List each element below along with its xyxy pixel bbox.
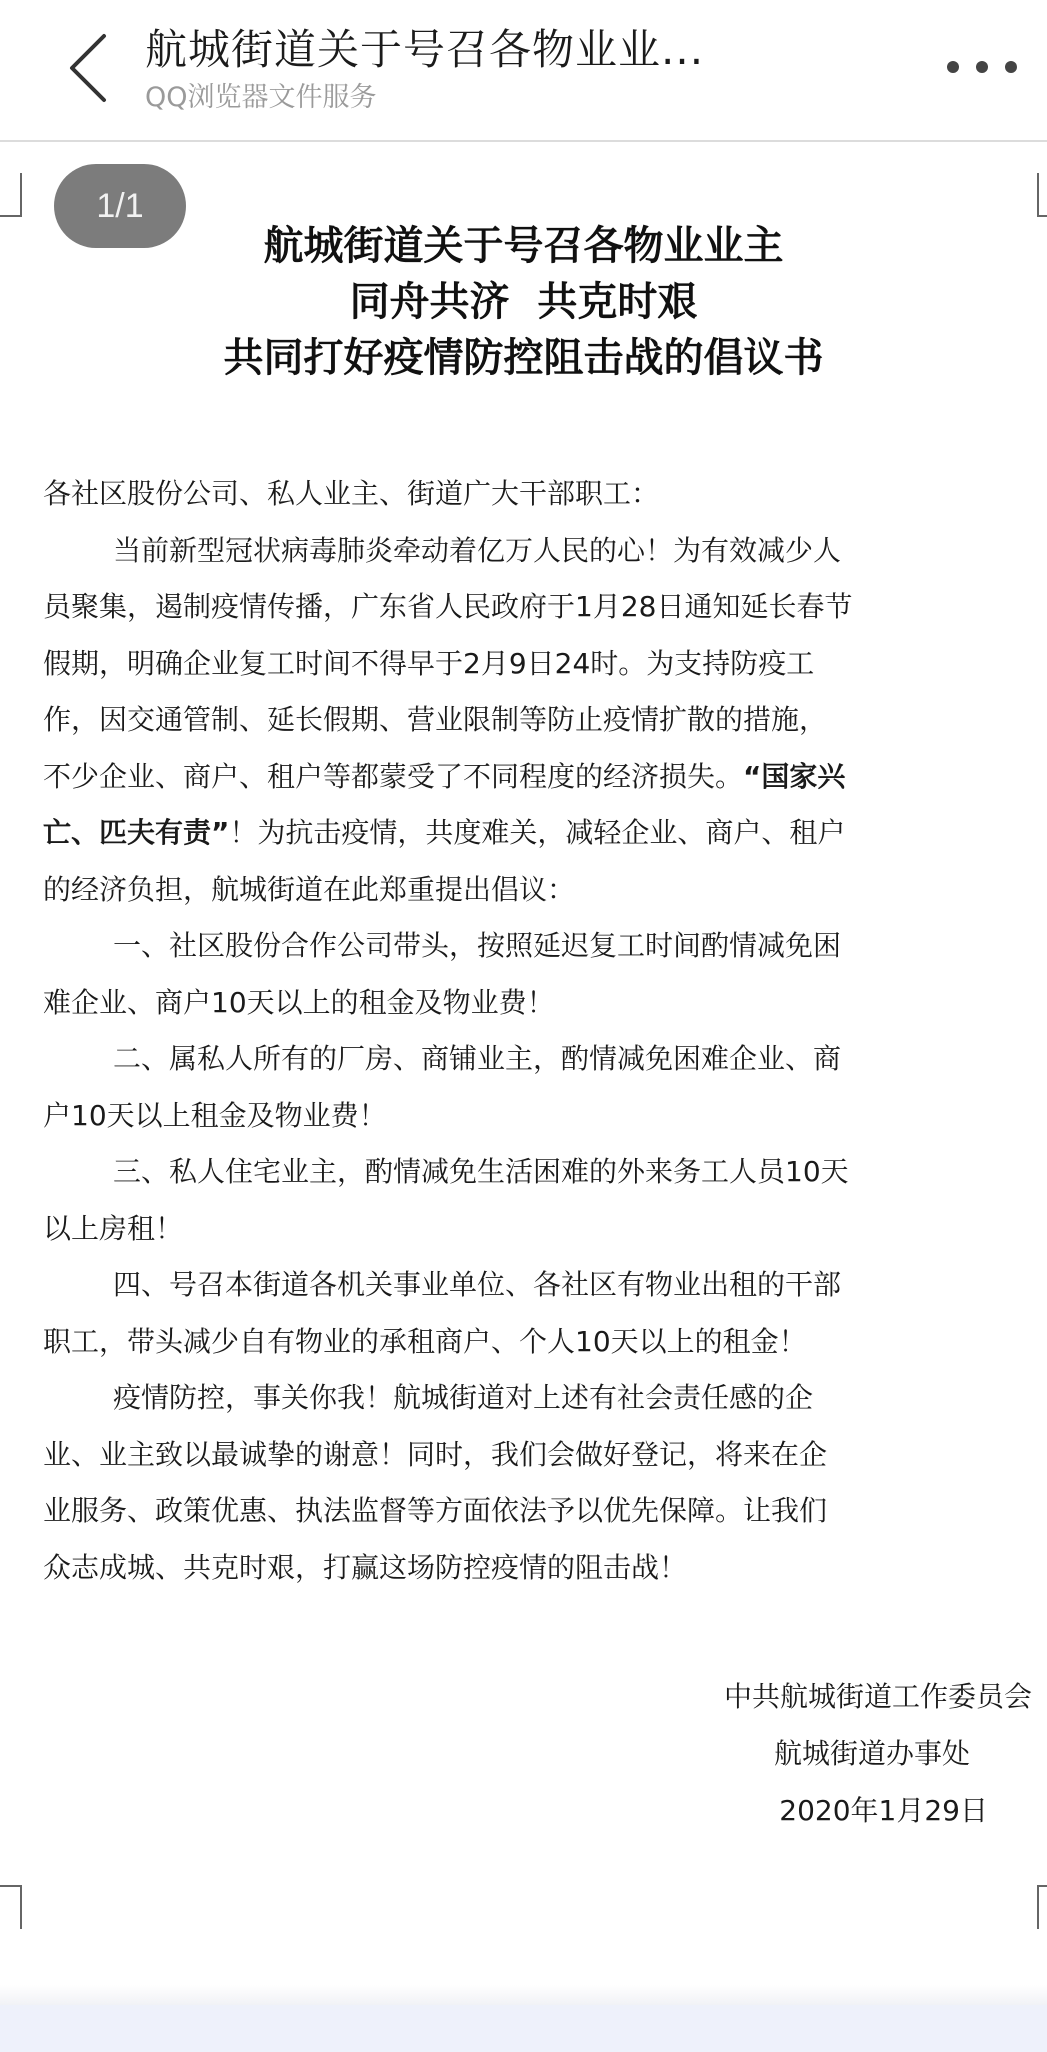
body-line: 亡、匹夫有责”！为抗击疫情，共度难关，减轻企业、商户、租户 bbox=[43, 805, 1033, 862]
emphasis-quote: “国家兴 bbox=[743, 760, 845, 793]
heading-line: 共同打好疫情防控阻击战的倡议书 bbox=[0, 330, 1047, 386]
more-dots-icon bbox=[1005, 61, 1017, 73]
title-block: 航城街道关于号召各物业业... QQ浏览器文件服务 bbox=[145, 22, 905, 116]
body-line: 员聚集，遏制疫情传播，广东省人民政府于1月28日通知延长春节 bbox=[43, 579, 1033, 636]
heading-line: 航城街道关于号召各物业业主 bbox=[0, 218, 1047, 274]
heading-line: 同舟共济 共克时艰 bbox=[0, 274, 1047, 330]
body-line: 假期，明确企业复工时间不得早于2月9日24时。为支持防疫工 bbox=[43, 636, 1033, 693]
body-line: 作，因交通管制、延长假期、营业限制等防止疫情扩散的措施， bbox=[43, 692, 1033, 749]
page-corner-mark bbox=[0, 1885, 22, 1929]
more-dots-icon bbox=[947, 61, 959, 73]
body-line: 以上房租！ bbox=[43, 1201, 1033, 1258]
more-options-button[interactable] bbox=[947, 52, 1017, 82]
body-line: 当前新型冠状病毒肺炎牵动着亿万人民的心！为有效减少人 bbox=[43, 523, 1033, 580]
body-text-span: ！为抗击疫情，共度难关，减轻企业、商户、租户 bbox=[229, 816, 845, 849]
signature-date: 2020年1月29日 bbox=[612, 1782, 1032, 1839]
body-line: 的经济负担，航城街道在此郑重提出倡议： bbox=[43, 862, 1033, 919]
chevron-left-icon bbox=[60, 28, 120, 108]
body-line: 业、业主致以最诚挚的谢意！同时，我们会做好登记，将来在企 bbox=[43, 1427, 1033, 1484]
proposal-item-2: 二、属私人所有的厂房、商铺业主，酌情减免困难企业、商 bbox=[43, 1031, 1033, 1088]
page-corner-mark bbox=[0, 173, 22, 217]
salutation: 各社区股份公司、私人业主、街道广大干部职工： bbox=[43, 466, 1033, 523]
closing-paragraph: 疫情防控，事关你我！航城街道对上述有社会责任感的企 bbox=[43, 1370, 1033, 1427]
more-dots-icon bbox=[976, 61, 988, 73]
body-line: 不少企业、商户、租户等都蒙受了不同程度的经济损失。“国家兴 bbox=[43, 749, 1033, 806]
body-line: 难企业、商户10天以上的租金及物业费！ bbox=[43, 975, 1033, 1032]
proposal-item-3: 三、私人住宅业主，酌情减免生活困难的外来务工人员10天 bbox=[43, 1144, 1033, 1201]
signature-org-office: 航城街道办事处 bbox=[612, 1725, 1032, 1782]
top-bar: 航城街道关于号召各物业业... QQ浏览器文件服务 bbox=[0, 0, 1047, 142]
page-corner-mark bbox=[1037, 1885, 1047, 1929]
signature-block: 中共航城街道工作委员会 航城街道办事处 2020年1月29日 bbox=[612, 1668, 1032, 1839]
back-button[interactable] bbox=[60, 28, 120, 108]
bottom-toolbar bbox=[0, 2005, 1047, 2052]
proposal-item-1: 一、社区股份合作公司带头，按照延迟复工时间酌情减免困 bbox=[43, 918, 1033, 975]
document-title: 航城街道关于号召各物业业... bbox=[145, 22, 905, 78]
body-text-span: 不少企业、商户、租户等都蒙受了不同程度的经济损失。 bbox=[43, 760, 743, 793]
signature-org-committee: 中共航城街道工作委员会 bbox=[612, 1668, 1032, 1725]
page-corner-mark bbox=[1037, 173, 1047, 217]
body-line: 众志成城、共克时艰，打赢这场防控疫情的阻击战！ bbox=[43, 1540, 1033, 1597]
body-line: 业服务、政策优惠、执法监督等方面依法予以优先保障。让我们 bbox=[43, 1483, 1033, 1540]
source-label: QQ浏览器文件服务 bbox=[145, 80, 905, 116]
proposal-item-4: 四、号召本街道各机关事业单位、各社区有物业出租的干部 bbox=[43, 1257, 1033, 1314]
body-line: 户10天以上租金及物业费！ bbox=[43, 1088, 1033, 1145]
emphasis-quote: 亡、匹夫有责” bbox=[43, 816, 229, 849]
body-line: 职工，带头减少自有物业的承租商户、个人10天以上的租金！ bbox=[43, 1314, 1033, 1371]
bottom-shadow bbox=[0, 1985, 1047, 2005]
document-body: 各社区股份公司、私人业主、街道广大干部职工： 当前新型冠状病毒肺炎牵动着亿万人民… bbox=[43, 466, 1033, 1596]
document-heading: 航城街道关于号召各物业业主 同舟共济 共克时艰 共同打好疫情防控阻击战的倡议书 bbox=[0, 218, 1047, 386]
